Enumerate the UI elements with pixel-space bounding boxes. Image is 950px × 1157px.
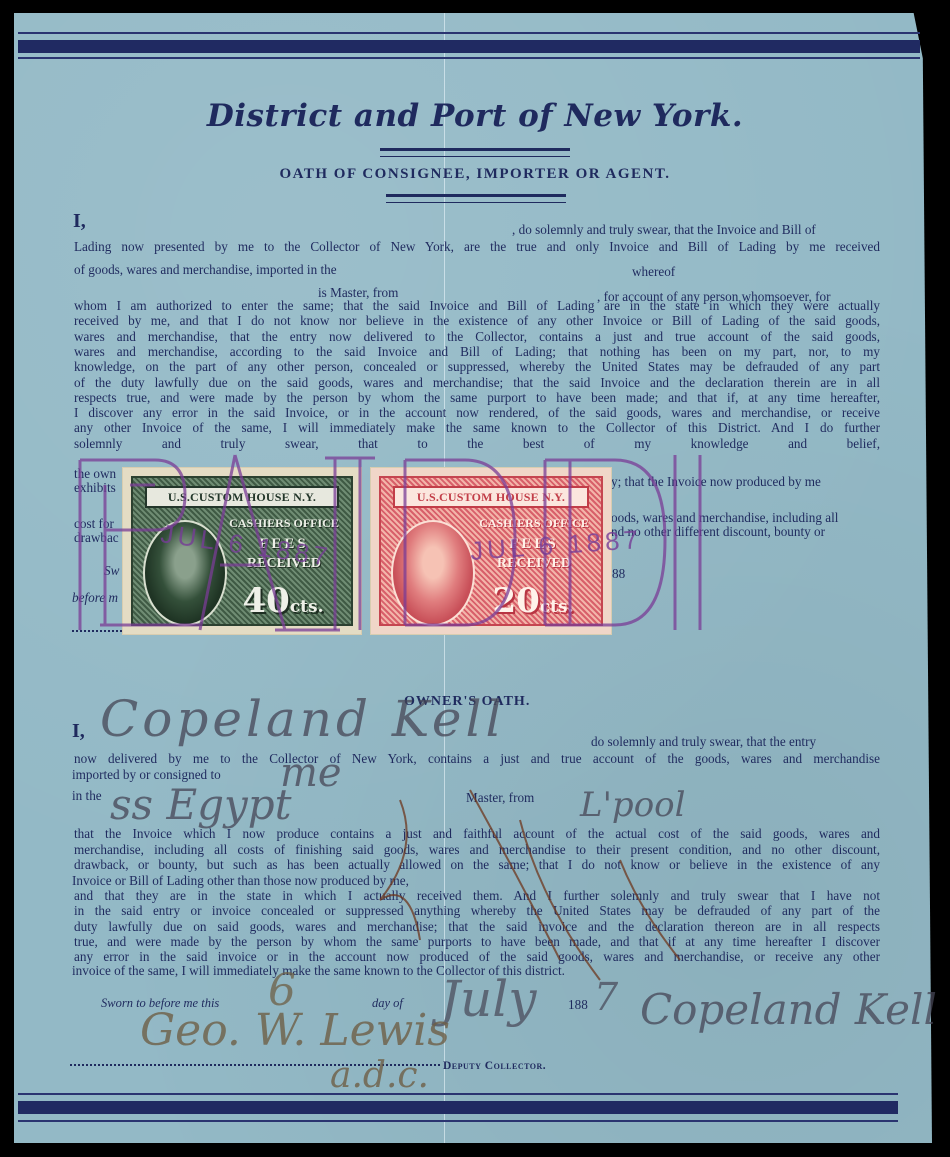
crossout-strokes [0,0,950,1157]
bottom-rule-thick [18,1101,898,1114]
bottom-rule-thin-upper [18,1093,898,1095]
bottom-rule-thin-lower [18,1120,898,1122]
